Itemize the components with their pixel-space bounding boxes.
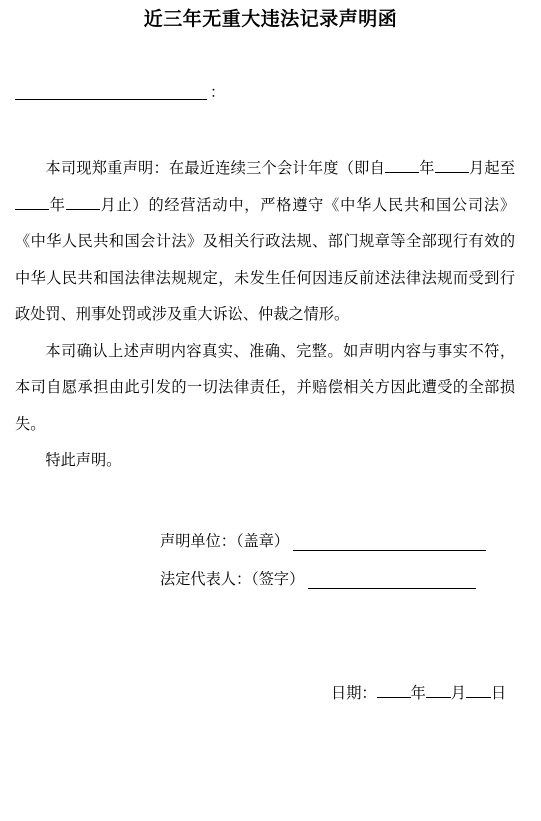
addressee-blank[interactable] bbox=[15, 83, 207, 100]
start-month-blank[interactable] bbox=[435, 157, 469, 173]
signature-unit-blank[interactable] bbox=[293, 536, 486, 551]
end-month-blank[interactable] bbox=[66, 194, 100, 210]
date-day-label: 日 bbox=[491, 684, 506, 702]
document-title: 近三年无重大违法记录声明函 bbox=[0, 4, 541, 31]
declaration-body: 本司现郑重声明：在最近连续三个会计年度（即自年月起至年月止）的经营活动中，严格遵… bbox=[15, 150, 515, 479]
addressee-colon: ： bbox=[210, 84, 225, 100]
date-day-blank[interactable] bbox=[466, 683, 491, 698]
signature-rep-label: 法定代表人：（签字） bbox=[160, 568, 304, 589]
signature-unit-label: 声明单位：（盖章） bbox=[160, 530, 289, 551]
start-year-blank[interactable] bbox=[385, 157, 419, 173]
end-year-blank[interactable] bbox=[15, 194, 49, 210]
date-row: 日期：年月日 bbox=[331, 682, 506, 703]
date-month-blank[interactable] bbox=[426, 683, 451, 698]
signature-unit-row: 声明单位：（盖章） bbox=[160, 530, 486, 551]
addressee-line: ： bbox=[15, 83, 225, 100]
text-segment: 月止）的经营活动中，严格遵守《中华人民共和国公司法》《中华人民共和国会计法》及相… bbox=[15, 196, 515, 324]
date-label: 日期： bbox=[331, 684, 377, 702]
paragraph-confirmation: 本司确认上述声明内容真实、准确、完整。如声明内容与事实不符，本司自愿承担由此引发… bbox=[15, 333, 515, 443]
date-month-label: 月 bbox=[451, 684, 466, 702]
date-year-label: 年 bbox=[411, 684, 426, 702]
text-segment: 年 bbox=[419, 159, 435, 177]
paragraph-declaration: 本司现郑重声明：在最近连续三个会计年度（即自年月起至年月止）的经营活动中，严格遵… bbox=[15, 150, 515, 333]
text-segment: 月起至 bbox=[469, 159, 515, 177]
text-segment: 年 bbox=[49, 196, 66, 214]
date-year-blank[interactable] bbox=[377, 683, 411, 698]
text-segment: 本司现郑重声明：在最近连续三个会计年度（即自 bbox=[45, 159, 385, 177]
signature-rep-blank[interactable] bbox=[308, 574, 476, 589]
paragraph-closing: 特此声明。 bbox=[15, 442, 515, 479]
signature-rep-row: 法定代表人：（签字） bbox=[160, 568, 476, 589]
